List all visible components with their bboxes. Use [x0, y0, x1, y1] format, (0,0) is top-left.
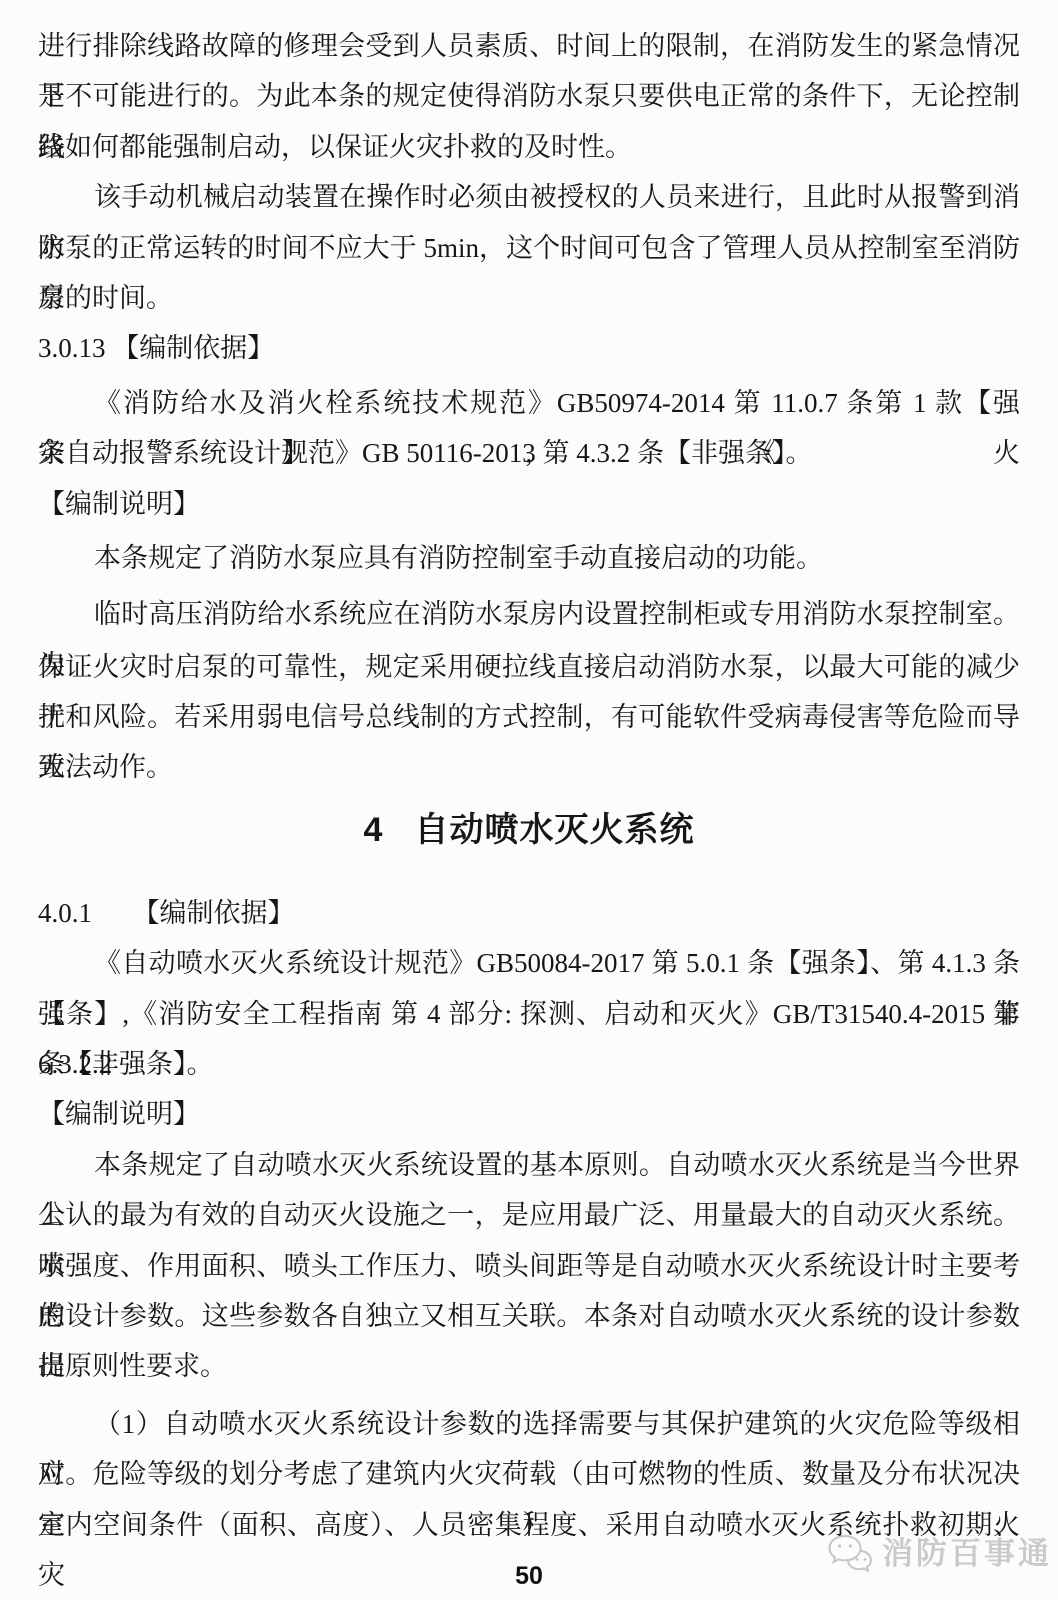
text-line: 临时高压消防给水系统应在消防水泵房内设置控制柜或专用消防水泵控制室。为 [38, 589, 1020, 639]
section-number: 4 [364, 811, 383, 849]
text-line: 《自动喷水灭火系统设计规范》GB50084-2017 第 5.0.1 条【强条】… [38, 938, 1020, 988]
text-line: 强条】,《消防安全工程指南 第 4 部分: 探测、启动和灭火》GB/T31540… [38, 989, 1020, 1039]
document-page: 进行排除线路故障的修理会受到人员素质、时间上的限制，在消防发生的紧急情况下是不可… [0, 0, 1058, 1600]
text-line: （1）自动喷水灭火系统设计参数的选择需要与其保护建筑的火灾危险等级相对 [38, 1399, 1020, 1449]
text-line: 应。危险等级的划分考虑了建筑内火灾荷载（由可燃物的性质、数量及分布状况决定）、 [38, 1449, 1020, 1499]
section-title: 自动喷水灭火系统 [414, 811, 694, 849]
page-number: 50 [0, 1562, 1058, 1590]
text-line: 路如何都能强制启动，以保证火灾扑救的及时性。 [38, 122, 1020, 172]
text-line: 本条规定了消防水泵应具有消防控制室手动直接启动的功能。 [38, 533, 1020, 583]
text-line: 是不可能进行的。为此本条的规定使得消防水泵只要供电正常的条件下，无论控制线 [38, 71, 1020, 121]
text-line: 该手动机械启动装置在操作时必须由被授权的人员来进行，且此时从报警到消防 [38, 172, 1020, 222]
text-line: 进行排除线路故障的修理会受到人员素质、时间上的限制，在消防发生的紧急情况下 [38, 21, 1020, 71]
text-line: 室内空间条件（面积、高度）、人员密集程度、采用自动喷水灭火系统扑救初期火灾 [38, 1500, 1020, 1550]
text-line: 3.0.13 【编制依据】 [38, 323, 1020, 373]
section-heading: 4自动喷水灭火系统 [38, 809, 1020, 851]
text-line: 水泵的正常运转的时间不应大于 5min，这个时间可包含了管理人员从控制室至消防泵 [38, 223, 1020, 273]
text-line: 本条规定了自动喷水灭火系统设置的基本原则。自动喷水灭火系统是当今世界上 [38, 1140, 1020, 1190]
text-line: 《消防给水及消火栓系统技术规范》GB50974-2014 第 11.0.7 条第… [38, 378, 1020, 428]
text-line: 无法动作。 [38, 742, 1020, 792]
text-body: 进行排除线路故障的修理会受到人员素质、时间上的限制，在消防发生的紧急情况下是不可… [38, 21, 1020, 1550]
text-line: 房的时间。 [38, 273, 1020, 323]
text-line: 【编制说明】 [38, 479, 1020, 529]
text-line: 公认的最为有效的自动灭火设施之一，是应用最广泛、用量最大的自动灭火系统。喷 [38, 1190, 1020, 1240]
text-line: 【编制说明】 [38, 1089, 1020, 1139]
text-line: 4.0.1 【编制依据】 [38, 888, 1020, 938]
text-line: 保证火灾时启泵的可靠性，规定采用硬拉线直接启动消防水泵，以最大可能的减少干 [38, 642, 1020, 692]
text-line: 的设计参数。这些参数各自独立又相互关联。本条对自动喷水灭火系统的设计参数提 [38, 1291, 1020, 1341]
text-line: 水强度、作用面积、喷头工作压力、喷头间距等是自动喷水灭火系统设计时主要考虑 [38, 1241, 1020, 1291]
text-line: 出原则性要求。 [38, 1341, 1020, 1391]
text-line: 扰和风险。若采用弱电信号总线制的方式控制，有可能软件受病毒侵害等危险而导致 [38, 692, 1020, 742]
text-line: 条【非强条】。 [38, 1039, 1020, 1089]
